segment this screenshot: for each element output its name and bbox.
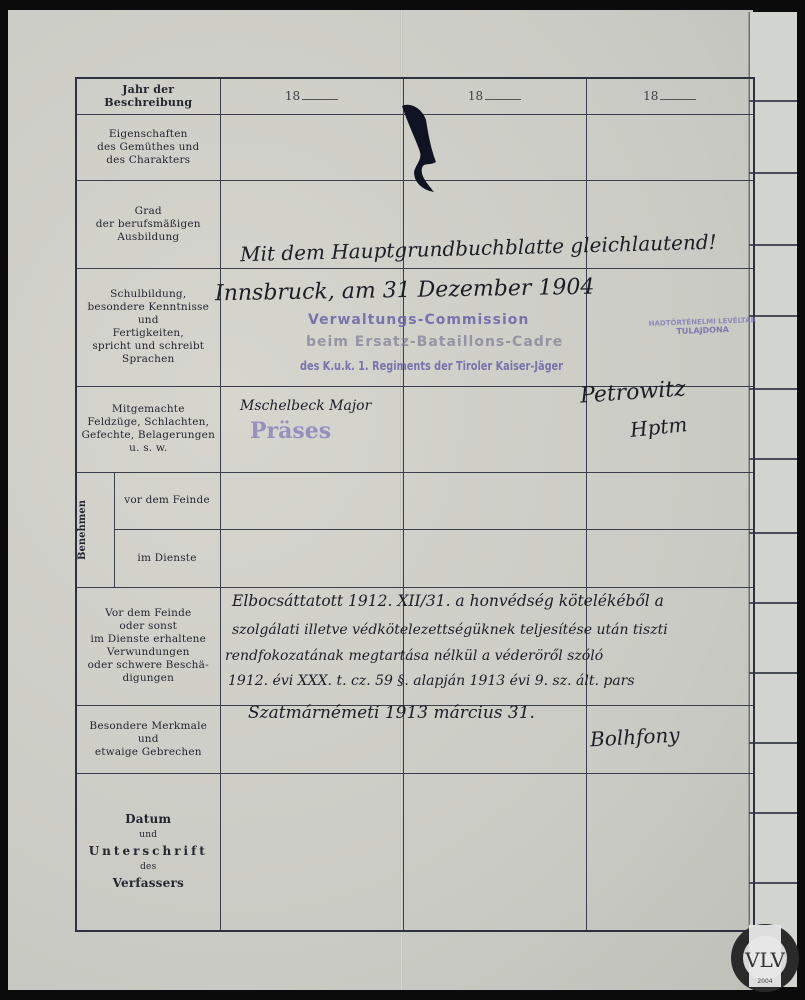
handwritten-discharge-line1: Elbocsáttatott 1912. XII/31. a honvédség… — [232, 592, 664, 610]
row-conduct-enemy: Benehmen vor dem Feinde — [76, 472, 754, 529]
stamp-commission-line1: Verwaltungs-Commission — [308, 312, 529, 328]
label-education: Schulbildung, besondere Kenntnisse und F… — [76, 268, 220, 386]
row-conduct-service: im Dienste — [76, 529, 754, 587]
label-wounds: Vor dem Feinde oder sonst im Dienste erh… — [76, 587, 220, 705]
stamp-praeses: Präses — [250, 418, 331, 444]
handwritten-place-date-1913: Szatmárnémeti 1913 március 31. — [248, 703, 535, 723]
year-cell-1: 18 — [220, 78, 403, 114]
handwritten-discharge-line4: 1912. évi XXX. t. cz. 59 §. alapján 1913… — [228, 673, 635, 689]
label-features: Besondere Merkmale und etwaige Gebrechen — [76, 705, 220, 773]
label-year: Jahr der Beschreibung — [76, 78, 220, 114]
label-signature: Datum und Unterschrift des Verfassers — [76, 773, 220, 931]
ink-blot — [400, 102, 436, 194]
handwritten-discharge-line2: szolgálati illetve védkötelezettségüknek… — [232, 622, 668, 638]
description-form-table: Jahr der Beschreibung 18 18 18 Eigenscha… — [75, 77, 755, 932]
row-signature: Datum und Unterschrift des Verfassers — [76, 773, 754, 931]
label-campaigns: Mitgemachte Feldzüge, Schlachten, Gefech… — [76, 386, 220, 472]
signature-1913: Bolhfony — [589, 723, 680, 752]
stamp-commission-line2: beim Ersatz-Bataillons-Cadre — [306, 334, 563, 350]
vac-archive-seal-icon: VLV 2004 — [730, 923, 800, 993]
back-sheet-edge — [748, 12, 797, 987]
svg-text:VLV: VLV — [744, 948, 785, 972]
handwritten-discharge-line3: rendfokozatának megtartása nélkül a véde… — [225, 648, 603, 664]
label-conduct-group: Benehmen — [76, 472, 114, 587]
year-cell-3: 18 — [586, 78, 754, 114]
label-character: Eigenschaften des Gemüthes und des Chara… — [76, 114, 220, 180]
label-training: Grad der berufsmäßigen Ausbildung — [76, 180, 220, 268]
archive-logo: VLV 2004 — [730, 923, 800, 993]
signature-major: Mschelbeck Major — [240, 398, 371, 414]
label-conduct-enemy: vor dem Feinde — [114, 472, 220, 529]
label-conduct-service: im Dienste — [114, 529, 220, 587]
svg-text:2004: 2004 — [757, 978, 772, 985]
stamp-commission-line3: des K.u.k. 1. Regiments der Tiroler Kais… — [300, 358, 563, 373]
